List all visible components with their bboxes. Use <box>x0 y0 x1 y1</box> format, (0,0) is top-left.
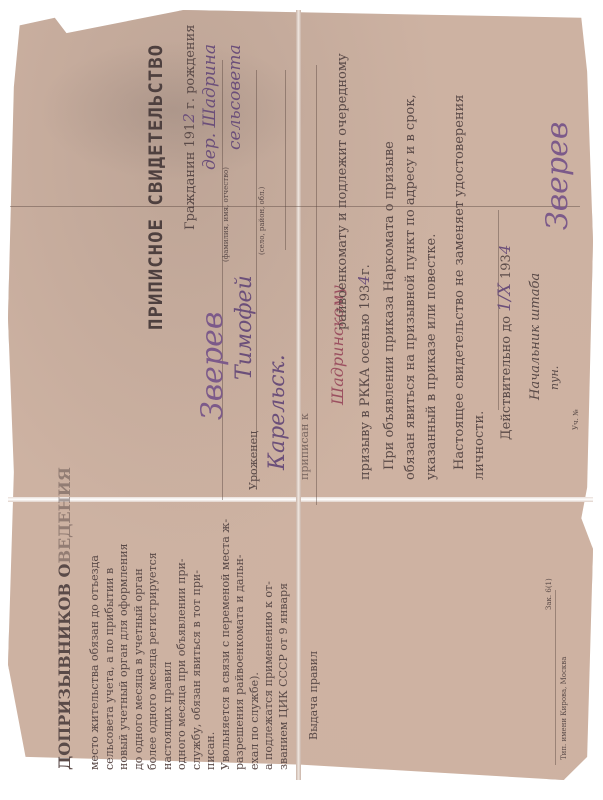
vertical-fold <box>296 10 301 780</box>
call-year-suffix: г. <box>358 264 373 275</box>
water-stain <box>38 40 308 180</box>
document-title: ПРИПИСНОЕ СВИДЕТЕЛЬСТВО <box>145 44 167 330</box>
valid-year: 193 <box>499 254 514 279</box>
handwritten-firstname: Тимофей <box>232 275 257 380</box>
valid-date-handwritten: 1/Х <box>495 283 515 312</box>
paragraph-5: личности. <box>472 411 487 480</box>
chief-label: Начальник штаба <box>528 273 543 400</box>
back-rule-line: писан. <box>204 732 217 770</box>
imprint-order: Зак. 6(1) <box>545 578 553 610</box>
back-rule-line: званием ЦИК СССР от 9 января <box>277 583 290 770</box>
form-line <box>222 60 223 500</box>
back-rule-line: место жительства обязан до отъезда <box>88 555 101 770</box>
back-heading-main: ДОПРИЗЫВНИКОВ О <box>55 564 74 770</box>
back-closing: Выдача правил <box>307 651 320 740</box>
handwritten-place-2: сельсовета <box>225 44 245 150</box>
back-rule-line: настоящих правил <box>161 662 174 770</box>
chief-label-2: пун. <box>548 366 561 390</box>
call-year-handwritten: 4 <box>355 275 373 285</box>
form-line <box>555 590 556 765</box>
form-line <box>285 70 286 250</box>
back-rule-line: разрешения райвоенкомата и дальн- <box>233 554 246 770</box>
handwritten-surname: Зверев <box>195 312 230 420</box>
caption-fio: (фамилия, имя, отчество) <box>222 167 230 262</box>
raion-line: райвоенкомату и подлежит очередному <box>335 53 350 330</box>
stamp-mark: Уч. № <box>572 409 580 430</box>
back-rule-line: более одного месяца регистрируется <box>146 552 159 770</box>
form-line <box>10 206 580 207</box>
registered-label: приписан к <box>298 413 311 480</box>
back-heading: ДОПРИЗЫВНИКОВ ОВЕДЕНИЯ <box>55 467 74 770</box>
back-rule-line: одного месяца при объявлении при- <box>175 558 188 770</box>
valid-year-handwritten: 4 <box>496 245 514 255</box>
back-rule-line: сельсовета учета, а по прибытии в <box>103 568 116 770</box>
paragraph-2: обязан явиться на призывной пункт по адр… <box>403 94 418 480</box>
valid-label: Действительно до <box>499 316 514 440</box>
back-rule-line: ехал по службе). <box>248 672 261 770</box>
signature: Зверев <box>540 122 575 230</box>
paragraph-3: указанный в приказе или повестке. <box>424 234 439 480</box>
call-line: призыву в РККА осенью 1934г. <box>355 264 373 480</box>
back-heading-rest: ВЕДЕНИЯ <box>55 467 74 563</box>
paragraph-1: При объявлении приказа Наркомата о призы… <box>382 141 397 470</box>
form-line <box>316 65 317 505</box>
valid-line: Действительно до 1/Х 1934 <box>495 245 515 440</box>
back-rule-line: службу, обязан явиться в тот при- <box>190 570 203 770</box>
caption-village: (село, район, обл.) <box>258 187 266 255</box>
back-rule-line: новый учетный орган для оформления <box>117 543 130 770</box>
back-rule-line: до одного месяца в учетный орган <box>132 568 145 770</box>
handwritten-region: Карельск. <box>265 354 290 470</box>
handwritten-place: дер. Шадрина <box>200 44 220 170</box>
birth-year-handwritten: 2 <box>180 113 198 123</box>
back-rule-line: а подлежатся применению к от- <box>262 581 275 770</box>
back-rule-line: Увольняется в связи с переменой места ж- <box>219 519 232 770</box>
paragraph-4: Настоящее свидетельство не заменяет удос… <box>452 95 467 470</box>
imprint-printer: Тип. имени Кирова, Москва <box>560 657 568 760</box>
birth-suffix: г. рождения <box>183 25 198 109</box>
citizen-label: Гражданин 191 <box>183 123 198 230</box>
native-label: Уроженец <box>247 431 260 490</box>
call-label: призыву в РККА осенью 193 <box>358 285 373 480</box>
citizen-line: Гражданин 1912 г. рождения <box>180 25 198 230</box>
